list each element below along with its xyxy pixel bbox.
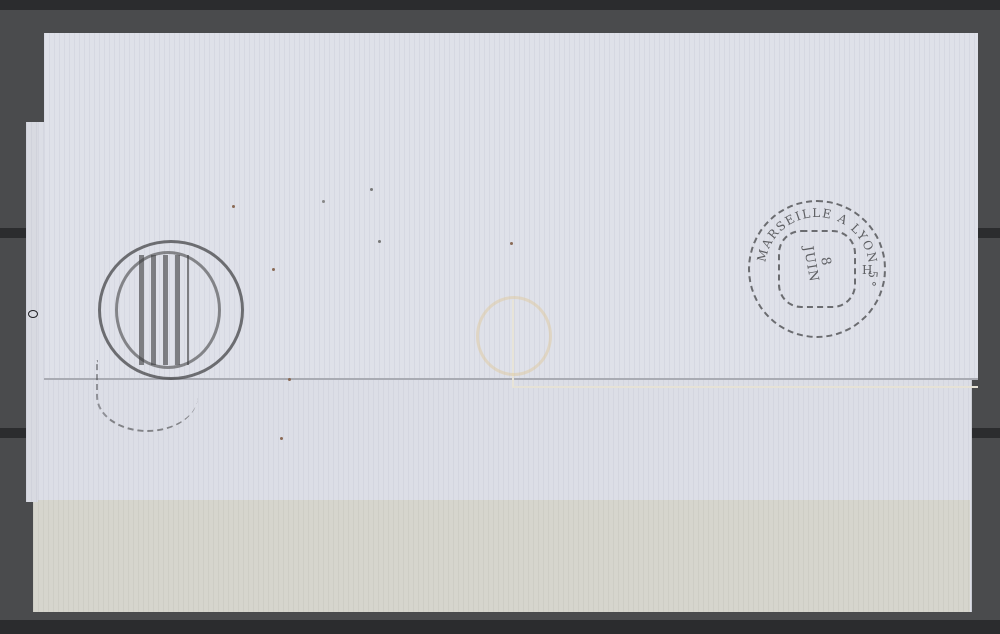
svg-text:H: H [862,263,872,277]
fold-tab [512,300,978,388]
dust-speck [322,200,325,203]
postmark-left-bars [139,255,189,365]
dust-speck [378,240,381,243]
foxing-speck [510,242,513,245]
dust-speck [370,188,373,191]
wax-seal-trace [476,296,552,376]
postmark-left-offset [96,360,198,432]
background-band-top [0,0,1000,10]
ink-mark [28,310,38,318]
foxing-speck [288,378,291,381]
foxing-speck [232,205,235,208]
foxing-speck [280,437,283,440]
postmark-left [98,240,244,380]
letter-lower-panel [33,500,970,612]
foxing-speck [272,268,275,271]
postmark-marseille-lyon: MARSEILLE A LYON 5° H 8 JUIN [748,200,886,338]
background-band-bottom [0,620,1000,634]
